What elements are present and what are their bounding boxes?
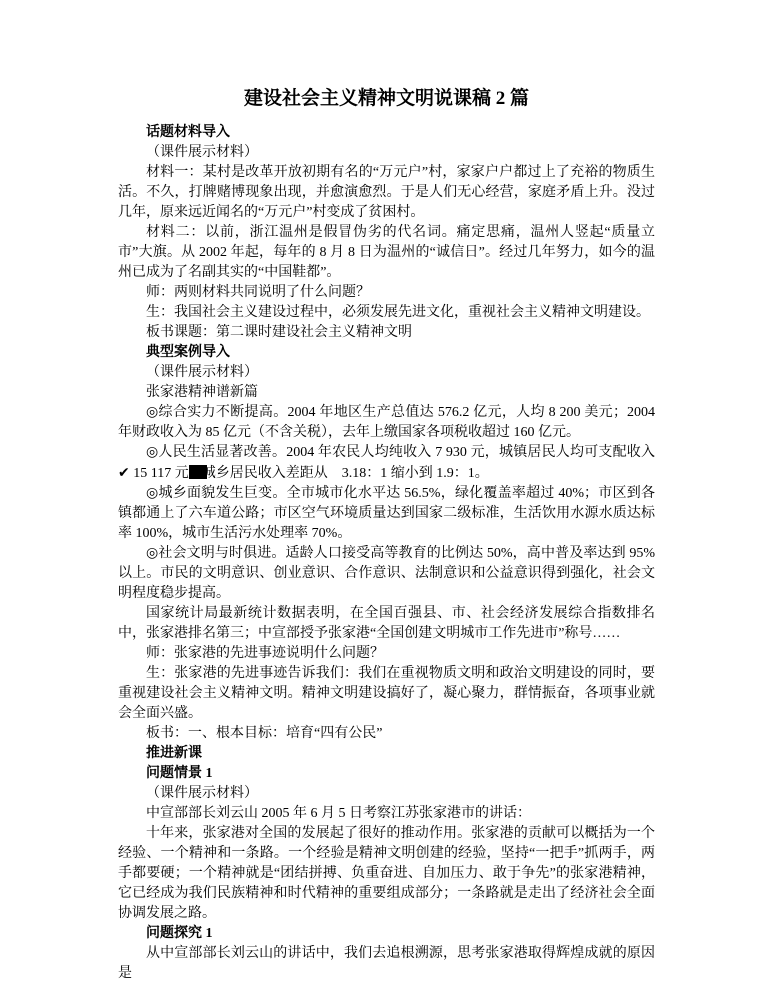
paragraph-student-answer-1: 生：我国社会主义建设过程中，必须发展先进文化，重视社会主义精神文明建设。 bbox=[118, 303, 655, 323]
paragraph-board-topic: 板书课题：第二课时建设社会主义精神文明 bbox=[118, 323, 655, 343]
paragraph-people-living-redacted: ◎人民生活显著改善。2004 年农民人均纯收入 7 930 元，城镇居民人均可支… bbox=[118, 443, 655, 484]
paragraph-student-answer-2: 生：张家港的先进事迹告诉我们：我们在重视物质文明和政治文明建设的同时，要重视建设… bbox=[118, 664, 655, 724]
paragraph-segment: 15 117 元 bbox=[130, 466, 189, 481]
paragraph-urban-rural-change: ◎城乡面貌发生巨变。全市城市化水平达 56.5%，绿化覆盖率超过 40%；市区到… bbox=[118, 484, 655, 544]
section-heading-problem-inquiry-1: 问题探究 1 bbox=[118, 924, 655, 944]
redaction-box bbox=[189, 465, 207, 479]
document-page: 建设社会主义精神文明说课稿 2 篇 话题材料导入 （课件展示材料） 材料一：某村… bbox=[0, 0, 770, 1000]
paragraph-statistics-bureau: 国家统计局最新统计数据表明，在全国百强县、市、社会经济发展综合指数排名中，张家港… bbox=[118, 604, 655, 644]
paragraph-inquiry-lead: 从中宣部部长刘云山的讲话中，我们去追根溯源，思考张家港取得辉煌成就的原因是 bbox=[118, 944, 655, 984]
document-title: 建设社会主义精神文明说课稿 2 篇 bbox=[118, 86, 655, 112]
paragraph-segment: 城乡居民收入差距从 3.18：1 缩小到 1.9：1。 bbox=[202, 466, 489, 481]
paragraph-courseware-note-2: （课件展示材料） bbox=[118, 363, 655, 383]
section-heading-problem-scenario-1: 问题情景 1 bbox=[118, 764, 655, 784]
checkmark-icon: ✔ bbox=[118, 465, 130, 481]
paragraph-social-civilization: ◎社会文明与时俱进。适龄人口接受高等教育的比例达 50%，高中普及率达到 95%… bbox=[118, 544, 655, 604]
paragraph-zhangjiagang-spirit: 张家港精神谱新篇 bbox=[118, 383, 655, 403]
section-heading-typical-case-intro: 典型案例导入 bbox=[118, 343, 655, 363]
paragraph-courseware-note-3: （课件展示材料） bbox=[118, 784, 655, 804]
paragraph-material-two: 材料二：以前，浙江温州是假冒伪劣的代名词。痛定思痛，温州人竖起“质量立市”大旗。… bbox=[118, 223, 655, 283]
paragraph-board-goal: 板书：一、根本目标：培育“四有公民” bbox=[118, 724, 655, 744]
paragraph-teacher-question-1: 师：两则材料共同说明了什么问题？ bbox=[118, 283, 655, 303]
paragraph-minister-speech-body: 十年来，张家港对全国的发展起了很好的推动作用。张家港的贡献可以概括为一个经验、一… bbox=[118, 824, 655, 924]
paragraph-comprehensive-strength: ◎综合实力不断提高。2004 年地区生产总值达 576.2 亿元，人均 8 20… bbox=[118, 403, 655, 443]
section-heading-advance-new-lesson: 推进新课 bbox=[118, 744, 655, 764]
paragraph-segment: ◎人民生活显著改善。2004 年农民人均纯收入 7 930 元，城镇居民人均可支… bbox=[146, 445, 655, 460]
paragraph-minister-speech-intro: 中宣部部长刘云山 2005 年 6 月 5 日考察江苏张家港市的讲话： bbox=[118, 804, 655, 824]
section-heading-topic-material-intro: 话题材料导入 bbox=[118, 123, 655, 143]
paragraph-material-one: 材料一：某村是改革开放初期有名的“万元户”村，家家户户都过上了充裕的物质生活。不… bbox=[118, 163, 655, 223]
paragraph-courseware-note-1: （课件展示材料） bbox=[118, 143, 655, 163]
paragraph-teacher-question-2: 师：张家港的先进事迹说明什么问题？ bbox=[118, 644, 655, 664]
